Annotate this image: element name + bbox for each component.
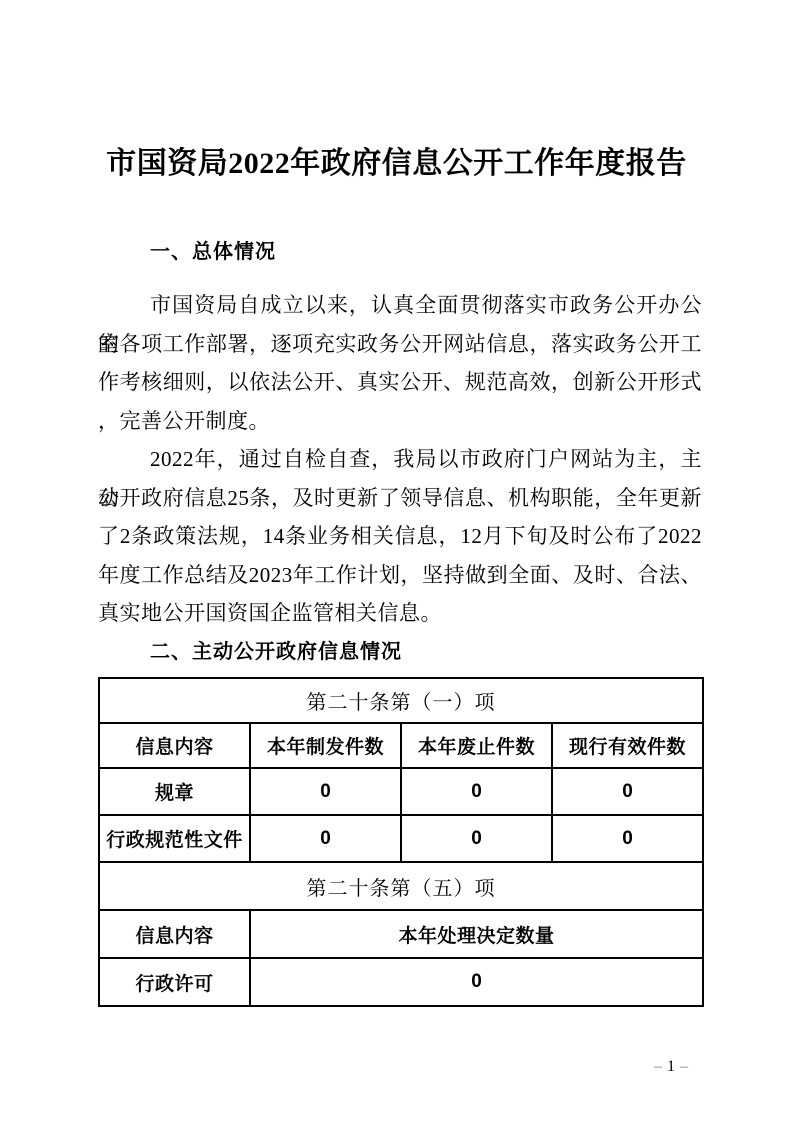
table-header-cell: 信息内容	[99, 723, 250, 768]
paragraph1-line: 市国资局自成立以来，认真全面贯彻落实市政务公开办公室	[98, 286, 702, 325]
table-header-row: 信息内容 本年制发件数 本年废止件数 现行有效件数	[99, 723, 703, 768]
table-section-cell: 第二十条第（五）项	[99, 862, 703, 910]
value-cell: 0	[401, 768, 552, 815]
table-row: 规章 0 0 0	[99, 768, 703, 815]
value-cell: 0	[250, 768, 401, 815]
paragraph2-line: 公开政府信息25条，及时更新了领导信息、机构职能，全年更新	[98, 479, 702, 518]
row-label-cell: 行政许可	[99, 958, 250, 1006]
table-row: 行政许可 0	[99, 958, 703, 1006]
document-title: 市国资局2022年政府信息公开工作年度报告	[0, 143, 793, 185]
row-label-cell: 规章	[99, 768, 250, 815]
value-cell: 0	[250, 958, 703, 1006]
section1-heading: 一、总体情况	[150, 239, 276, 265]
body-text: 市国资局自成立以来，认真全面贯彻落实市政务公开办公室 的各项工作部署，逐项充实政…	[98, 286, 702, 633]
page-number-dash: –	[680, 1058, 688, 1075]
paragraph2-line: 了2条政策法规，14条业务相关信息，12月下旬及时公布了2022	[98, 517, 702, 556]
row-label-cell: 行政规范性文件	[99, 815, 250, 862]
table-header-cell: 本年制发件数	[250, 723, 401, 768]
paragraph2-line: 2022年，通过自检自查，我局以市政府门户网站为主，主动	[98, 440, 702, 479]
value-cell: 0	[250, 815, 401, 862]
table-header-cell: 本年处理决定数量	[250, 910, 703, 958]
paragraph2-line: 真实地公开国资国企监管相关信息。	[98, 594, 702, 633]
value-cell: 0	[401, 815, 552, 862]
document-page: 市国资局2022年政府信息公开工作年度报告 一、总体情况 市国资局自成立以来，认…	[0, 0, 793, 1122]
table-section-row: 第二十条第（五）项	[99, 862, 703, 910]
table-section-cell: 第二十条第（一）项	[99, 678, 703, 723]
value-cell: 0	[552, 768, 703, 815]
info-disclosure-table: 第二十条第（一）项 信息内容 本年制发件数 本年废止件数 现行有效件数 规章 0…	[98, 677, 704, 1007]
table-row: 行政规范性文件 0 0 0	[99, 815, 703, 862]
paragraph1-line: 的各项工作部署，逐项充实政务公开网站信息，落实政务公开工	[98, 325, 702, 364]
section2-heading: 二、主动公开政府信息情况	[150, 639, 402, 665]
table-header-cell: 本年废止件数	[401, 723, 552, 768]
table-header-cell: 现行有效件数	[552, 723, 703, 768]
table-section-row: 第二十条第（一）项	[99, 678, 703, 723]
table-header-row: 信息内容 本年处理决定数量	[99, 910, 703, 958]
table-header-cell: 信息内容	[99, 910, 250, 958]
page-number: –1–	[616, 1057, 726, 1077]
value-cell: 0	[552, 815, 703, 862]
page-number-value: 1	[667, 1058, 675, 1075]
page-number-dash: –	[654, 1058, 662, 1075]
paragraph1-line: ，完善公开制度。	[98, 402, 702, 441]
paragraph1-line: 作考核细则，以依法公开、真实公开、规范高效，创新公开形式	[98, 363, 702, 402]
paragraph2-line: 年度工作总结及2023年工作计划，坚持做到全面、及时、合法、	[98, 556, 702, 595]
